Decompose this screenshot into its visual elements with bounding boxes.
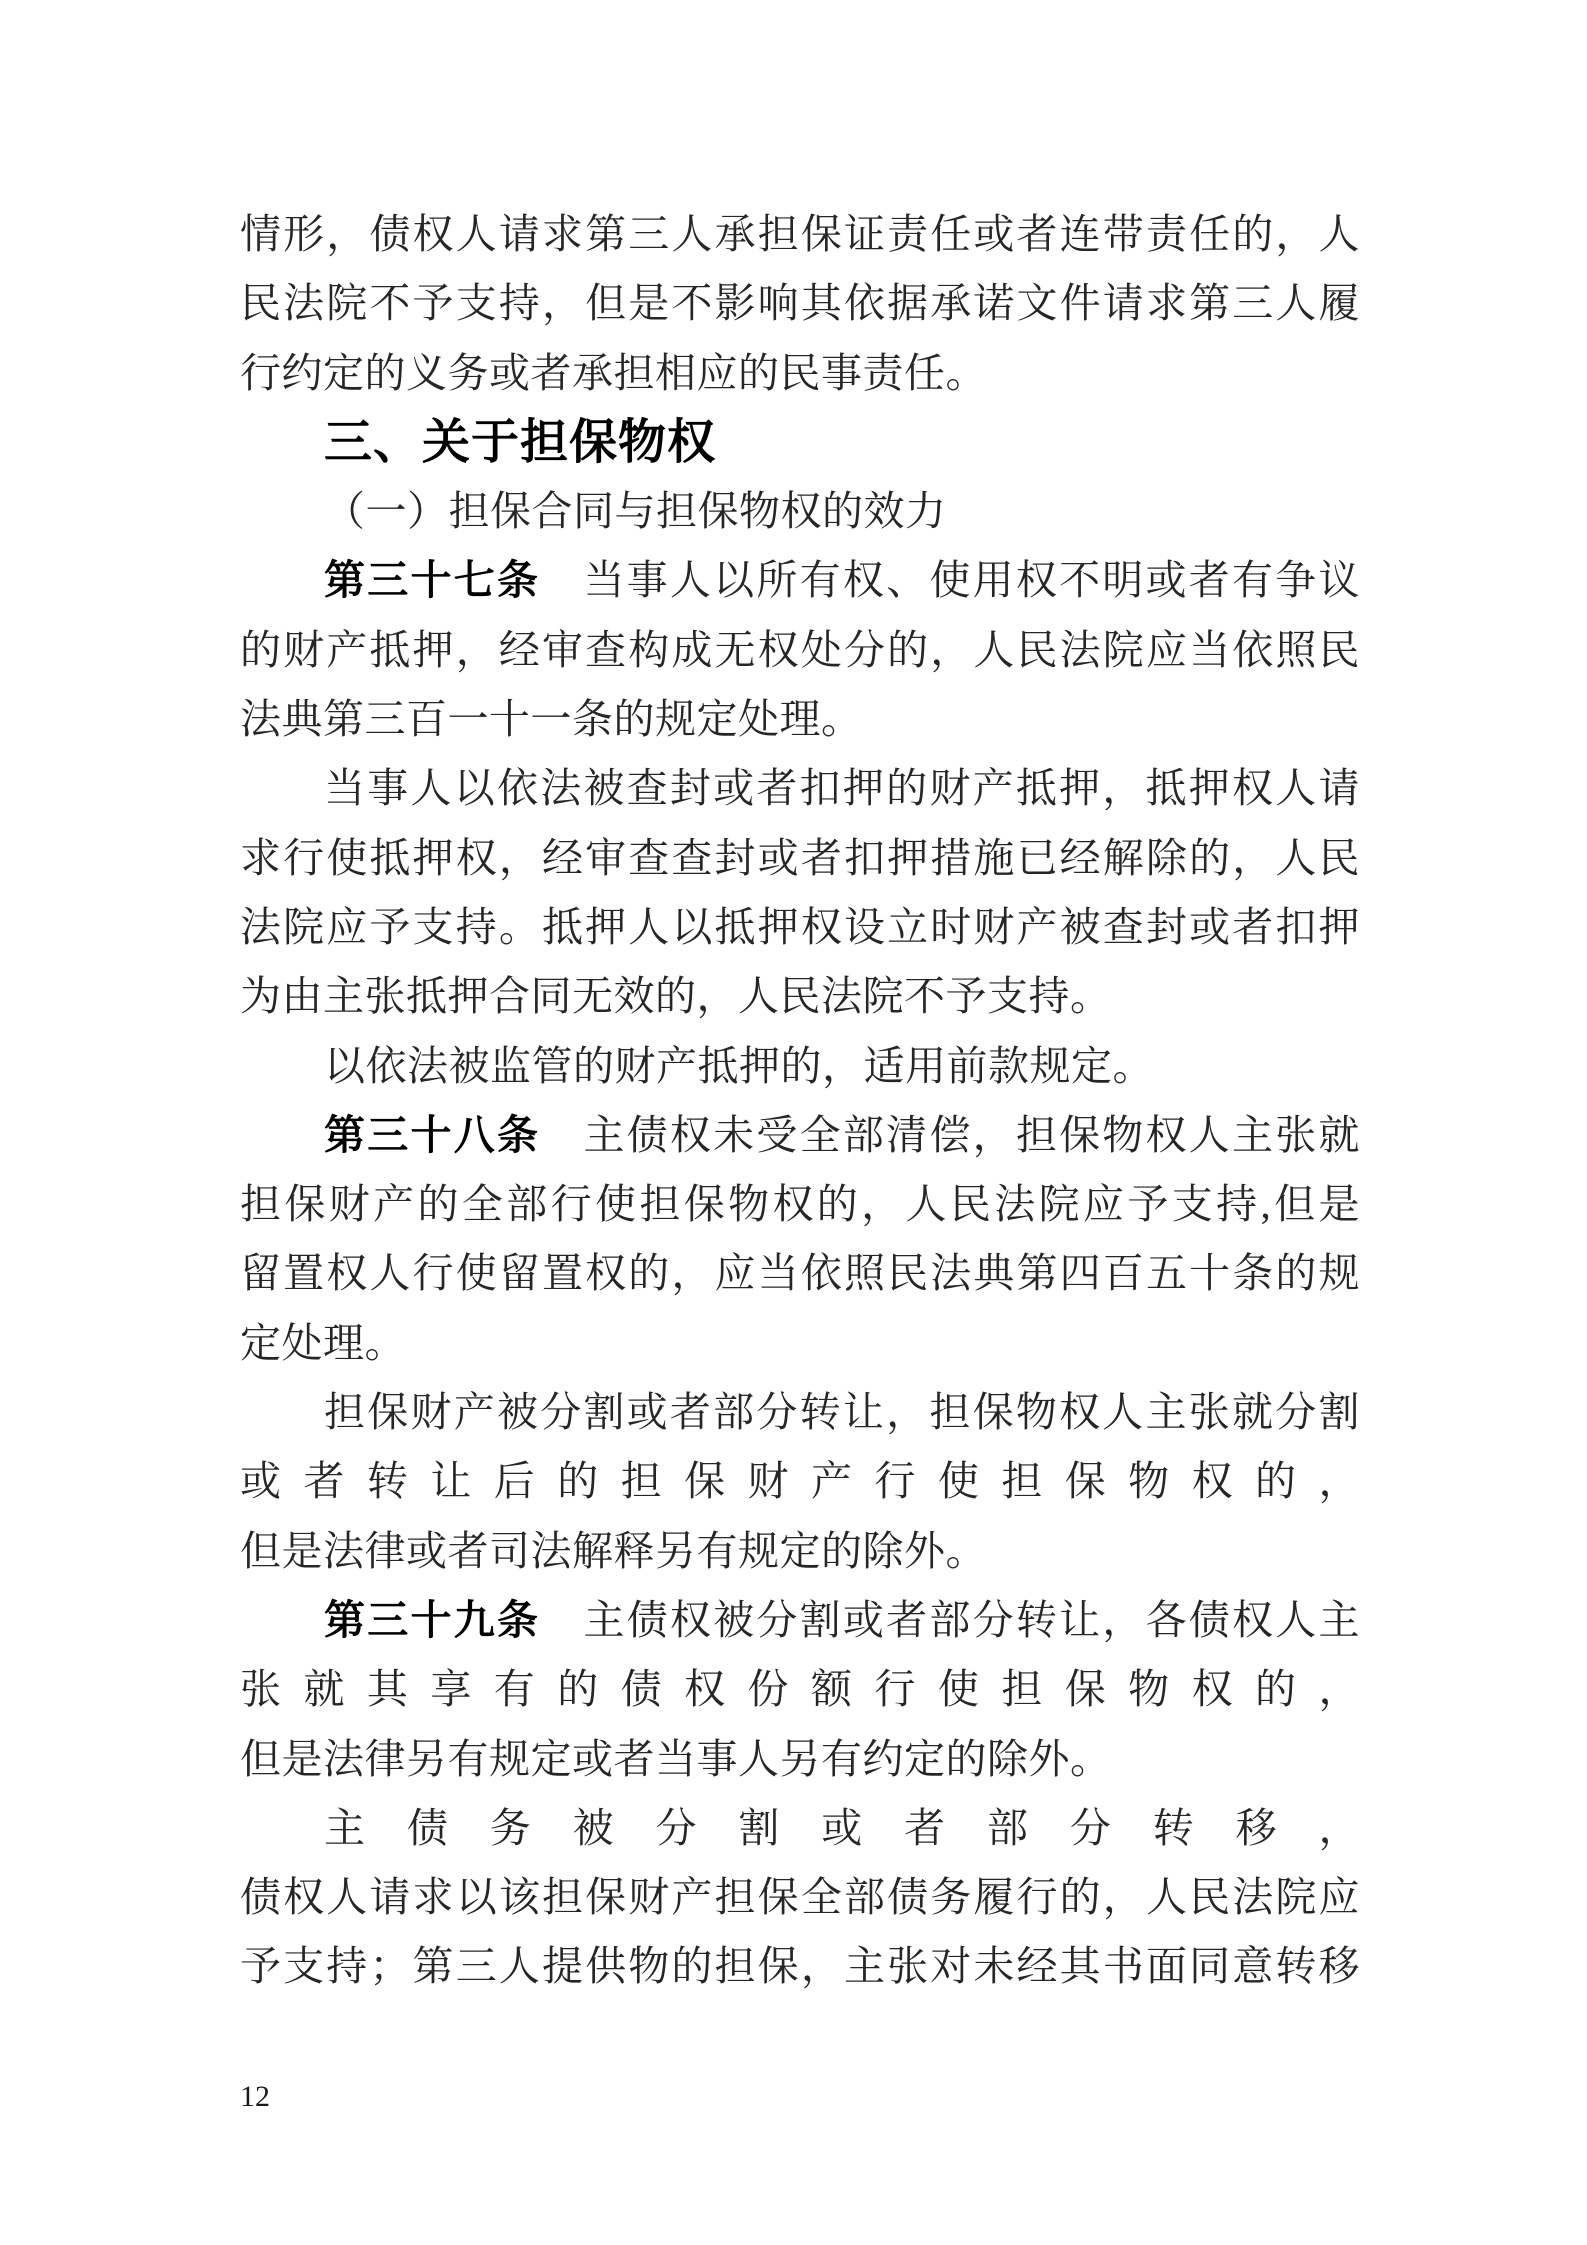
text-line: 当事人以依法被查封或者扣押的财产抵押，抵押权人请 <box>240 754 1360 823</box>
text-line: 以依法被监管的财产抵押的，适用前款规定。 <box>240 1032 1360 1101</box>
text-run: 张就其享有的债权份额行使担保物权的，人民法院应予支持， <box>240 1666 1360 1724</box>
text-line: 予支持；第三人提供物的担保，主张对未经其书面同意转移 <box>240 1932 1360 2001</box>
text-line: 第三十九条 主债权被分割或者部分转让，各债权人主 <box>240 1586 1360 1655</box>
page-number: 12 <box>240 2080 270 2114</box>
text-run: 情形，债权人请求第三人承担保证责任或者连带责任的，人 <box>240 211 1360 257</box>
text-run: 或者转让后的担保财产行使担保物权的，人民法院应予支持， <box>240 1458 1360 1516</box>
text-line: 或者转让后的担保财产行使担保物权的，人民法院应予支持， <box>240 1447 1360 1516</box>
text-run: 债权人请求以该担保财产担保全部债务履行的，人民法院应 <box>240 1874 1360 1920</box>
text-run: 留置权人行使留置权的，应当依照民法典第四百五十条的规 <box>240 1250 1360 1296</box>
text-line: 债权人请求以该担保财产担保全部债务履行的，人民法院应 <box>240 1863 1360 1932</box>
text-line: 张就其享有的债权份额行使担保物权的，人民法院应予支持， <box>240 1655 1360 1724</box>
text-line: 为由主张抵押合同无效的，人民法院不予支持。 <box>240 962 1360 1031</box>
text-line: 民法院不予支持，但是不影响其依据承诺文件请求第三人履 <box>240 269 1360 338</box>
text-line: 情形，债权人请求第三人承担保证责任或者连带责任的，人 <box>240 200 1360 269</box>
text-run: 法典第三百一十一条的规定处理。 <box>240 696 863 742</box>
text-run: 法院应予支持。抵押人以抵押权设立时财产被查封或者扣押 <box>240 904 1360 950</box>
text-line: 定处理。 <box>240 1309 1360 1378</box>
text-run: 定处理。 <box>240 1320 406 1366</box>
text-line: 求行使抵押权，经审查查封或者扣押措施已经解除的，人民 <box>240 824 1360 893</box>
text-run: 当事人以依法被查封或者扣押的财产抵押，抵押权人请 <box>324 765 1360 811</box>
text-line: （一）担保合同与担保物权的效力 <box>240 477 1360 546</box>
text-line: 担保财产被分割或者部分转让，担保物权人主张就分割 <box>240 1378 1360 1447</box>
text-run: 担保财产被分割或者部分转让，担保物权人主张就分割 <box>324 1389 1360 1435</box>
article-number: 第三十七条 <box>324 557 540 603</box>
text-line: 但是法律或者司法解释另有规定的除外。 <box>240 1517 1360 1586</box>
article-number: 第三十九条 <box>324 1597 540 1643</box>
text-run: 予支持；第三人提供物的担保，主张对未经其书面同意转移 <box>240 1943 1360 1989</box>
text-run: 担保财产的全部行使担保物权的，人民法院应予支持,但是 <box>240 1181 1360 1227</box>
text-run: 但是法律另有规定或者当事人另有约定的除外。 <box>240 1736 1112 1782</box>
text-line: 法典第三百一十一条的规定处理。 <box>240 685 1360 754</box>
section-heading: 三、关于担保物权 <box>240 408 1360 477</box>
text-line: 留置权人行使留置权的，应当依照民法典第四百五十条的规 <box>240 1239 1360 1308</box>
text-run: 主债权被分割或者部分转让，各债权人主 <box>540 1597 1360 1643</box>
text-line: 第三十七条 当事人以所有权、使用权不明或者有争议 <box>240 546 1360 615</box>
text-run: 行约定的义务或者承担相应的民事责任。 <box>240 350 987 396</box>
text-run: 的财产抵押，经审查构成无权处分的，人民法院应当依照民 <box>240 627 1360 673</box>
text-line: 但是法律另有规定或者当事人另有约定的除外。 <box>240 1725 1360 1794</box>
text-line: 的财产抵押，经审查构成无权处分的，人民法院应当依照民 <box>240 616 1360 685</box>
text-line: 主债务被分割或者部分转移，债务人自己提供物的担保， <box>240 1794 1360 1863</box>
text-line: 法院应予支持。抵押人以抵押权设立时财产被查封或者扣押 <box>240 893 1360 962</box>
text-block: 情形，债权人请求第三人承担保证责任或者连带责任的，人民法院不予支持，但是不影响其… <box>240 200 1360 2002</box>
text-run: 民法院不予支持，但是不影响其依据承诺文件请求第三人履 <box>240 280 1360 326</box>
text-run: 主债权未受全部清偿，担保物权人主张就 <box>540 1112 1360 1158</box>
text-line: 担保财产的全部行使担保物权的，人民法院应予支持,但是 <box>240 1170 1360 1239</box>
text-run: 但是法律或者司法解释另有规定的除外。 <box>240 1528 987 1574</box>
text-run: 主债务被分割或者部分转移，债务人自己提供物的担保， <box>240 1805 1360 1863</box>
text-run: 以依法被监管的财产抵押的，适用前款规定。 <box>324 1043 1154 1089</box>
text-run: （一）担保合同与担保物权的效力 <box>324 488 947 534</box>
text-run: 为由主张抵押合同无效的，人民法院不予支持。 <box>240 973 1112 1019</box>
article-number: 第三十八条 <box>324 1112 540 1158</box>
text-run: 当事人以所有权、使用权不明或者有争议 <box>540 557 1360 603</box>
document-page: 情形，债权人请求第三人承担保证责任或者连带责任的，人民法院不予支持，但是不影响其… <box>0 0 1587 2245</box>
text-run: 求行使抵押权，经审查查封或者扣押措施已经解除的，人民 <box>240 835 1360 881</box>
text-line: 第三十八条 主债权未受全部清偿，担保物权人主张就 <box>240 1101 1360 1170</box>
text-line: 行约定的义务或者承担相应的民事责任。 <box>240 339 1360 408</box>
article-number: 三、关于担保物权 <box>324 416 716 469</box>
